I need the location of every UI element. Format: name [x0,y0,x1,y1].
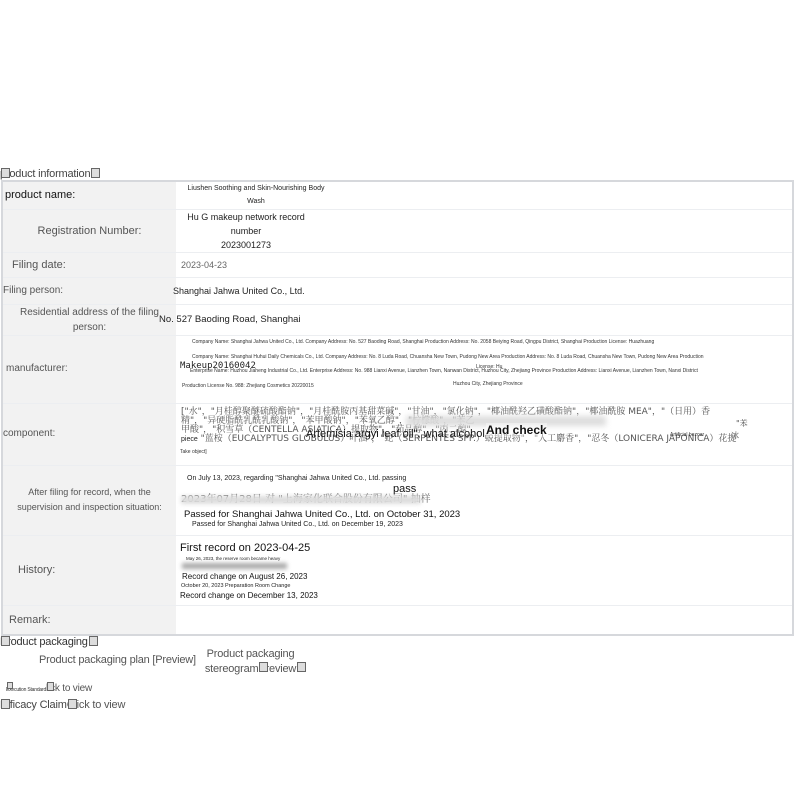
product-info-table: product name: Liushen Soothing and Skin-… [1,180,794,636]
row-registration: Registration Number: Hu G makeup network… [2,209,793,252]
packaging-plan-preview-link[interactable]: Product packaging plan [Preview] [39,654,196,666]
supervision-label: After filing for record, when the superv… [2,465,176,535]
manufacturer-value: Company Name: Shanghai Jahwa United Co.,… [176,335,793,403]
row-manufacturer: manufacturer: Company Name: Shanghai Jah… [2,335,793,403]
filing-person-value: Shanghai Jahwa United Co., Ltd. [176,277,793,304]
row-remark: Remark: [2,605,793,635]
check-overlay: And check [486,423,547,437]
bracket-icon [91,168,100,178]
bracket-icon [47,682,54,691]
filing-date-label: Filing date: [2,252,176,277]
bracket-icon [7,682,13,689]
component-label: component: [2,403,176,465]
row-filing-date: Filing date: 2023-04-23 [2,252,793,277]
efficacy-claim-row: Efficacy ClaimClick to view [0,699,125,711]
history-label: History: [2,535,176,605]
registration-label: Registration Number: [2,209,176,252]
packaging-stereogram-preview-link[interactable]: Product packaging stereogramPreview [203,647,298,677]
supervision-value: On July 13, 2023, regarding "Shanghai Ja… [176,465,793,535]
bracket-icon [89,636,98,646]
product-name-label: product name: [2,181,176,209]
row-address: Residential address of the filing person… [2,304,793,335]
bracket-icon [68,699,77,709]
manufacturer-label: manufacturer: [2,335,176,403]
row-history: History: First record on 2023-04-25 May … [2,535,793,605]
row-supervision: After filing for record, when the superv… [2,465,793,535]
bracket-icon [1,636,10,646]
product-packaging-heading: Product packaging [0,636,88,648]
product-information-heading: product information [0,168,90,180]
bracket-icon [259,662,268,672]
history-value: First record on 2023-04-25 May 26, 2023,… [176,535,793,605]
filing-person-label: Filing person: [2,277,176,304]
component-value: ["水"，"月桂醇聚醚硫酸酯钠"，"月桂酰胺丙基甜菜碱"，"甘油"，"氯化钠"，… [176,403,793,465]
address-value: No. 527 Baoding Road, Shanghai [176,304,793,335]
makeup-code-overlay: Makeup20160042 [180,361,256,371]
row-filing-person: Filing person: Shanghai Jahwa United Co.… [2,277,793,304]
address-label: Residential address of the filing person… [2,304,176,335]
component-overlay-text: Artemisia argyi leaf oil", what alcohol [306,428,485,440]
bracket-icon [1,699,10,709]
remark-label: Remark: [2,605,176,635]
filing-date-value: 2023-04-23 [176,252,793,277]
execution-standard-row: Execution Standardlick to view [6,682,92,694]
row-product-name: product name: Liushen Soothing and Skin-… [2,181,793,209]
registration-value: Hu G makeup network record number 202300… [176,209,793,252]
remark-value [176,605,793,635]
product-name-value: Liushen Soothing and Skin-Nourishing Bod… [176,181,793,209]
bracket-icon [297,662,306,672]
bracket-icon [1,168,10,178]
row-component: component: ["水"，"月桂醇聚醚硫酸酯钠"，"月桂酰胺丙基甜菜碱"，… [2,403,793,465]
